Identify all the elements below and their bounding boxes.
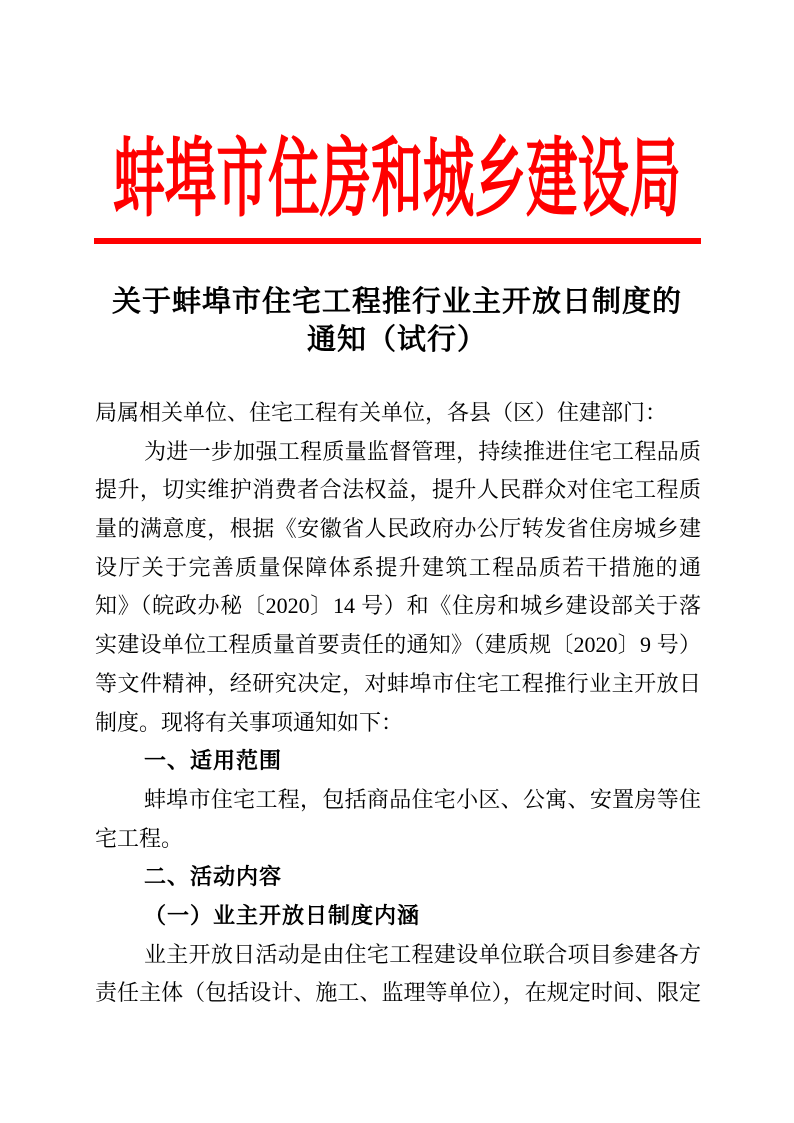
letterhead-divider — [94, 238, 701, 244]
section-heading-2: 二、活动内容 — [95, 858, 701, 897]
document-title: 关于蚌埠市住宅工程推行业主开放日制度的 通知（试行） — [94, 283, 700, 359]
body-line: 实建设单位工程质量首要责任的通知》（建质规〔2020〕9 号） — [95, 626, 701, 665]
body-line: 量的满意度，根据《安徽省人民政府办公厅转发省住房城乡建 — [95, 510, 701, 549]
body-line: 知》（皖政办秘〔2020〕14 号）和《住房和城乡建设部关于落 — [95, 587, 701, 626]
body-line: 责任主体（包括设计、施工、监理等单位），在规定时间、限定 — [95, 974, 701, 1013]
section-heading-1: 一、适用范围 — [95, 742, 701, 781]
document-title-line2: 通知（试行） — [94, 321, 700, 359]
document-page: 蚌埠市住房和城乡建设局 关于蚌埠市住宅工程推行业主开放日制度的 通知（试行） 局… — [0, 0, 794, 1123]
body-line: 制度。现将有关事项通知如下： — [95, 704, 701, 743]
body-line-salutation: 局属相关单位、住宅工程有关单位，各县（区）住建部门： — [95, 394, 701, 433]
agency-name: 蚌埠市住房和城乡建设局 — [113, 133, 681, 225]
letterhead: 蚌埠市住房和城乡建设局 — [0, 133, 794, 225]
body-line: 设厅关于完善质量保障体系提升建筑工程品质若干措施的通 — [95, 549, 701, 588]
document-title-line1: 关于蚌埠市住宅工程推行业主开放日制度的 — [94, 283, 700, 321]
body-line: 等文件精神，经研究决定，对蚌埠市住宅工程推行业主开放日 — [95, 665, 701, 704]
body-line: 业主开放日活动是由住宅工程建设单位联合项目参建各方 — [95, 936, 701, 975]
body-line: 提升，切实维护消费者合法权益，提升人民群众对住宅工程质 — [95, 471, 701, 510]
body-line: 蚌埠市住宅工程，包括商品住宅小区、公寓、安置房等住 — [95, 781, 701, 820]
body-line: 宅工程。 — [95, 820, 701, 859]
subsection-heading: （一）业主开放日制度内涵 — [95, 897, 701, 936]
body-line: 为进一步加强工程质量监督管理，持续推进住宅工程品质 — [95, 433, 701, 472]
document-body: 局属相关单位、住宅工程有关单位，各县（区）住建部门： 为进一步加强工程质量监督管… — [95, 394, 701, 1013]
